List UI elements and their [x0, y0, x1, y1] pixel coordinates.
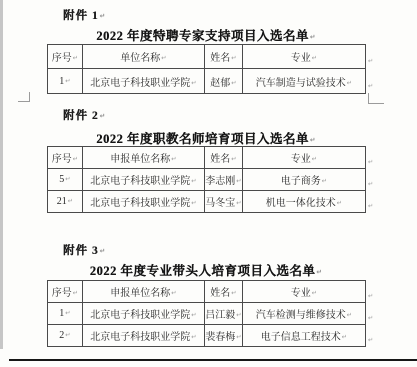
- attachment2-label-text: 附件 2: [63, 110, 106, 122]
- table-header-row: 序号 申报单位名称 姓名 专业: [48, 147, 366, 169]
- attachment3-label-text: 附件 3: [63, 245, 106, 257]
- scanned-page: 附件 1 2022 年度特聘专家支持项目入选名单 序号 单位名称 姓名 专业 1…: [0, 0, 417, 367]
- row-end-mark: [368, 195, 376, 203]
- cell-index: 1: [48, 303, 83, 325]
- cell-unit: 北京电子科技职业学院: [83, 191, 205, 213]
- cell-unit: 北京电子科技职业学院: [83, 169, 205, 191]
- page-bottom-rule: [9, 359, 417, 361]
- cell-major: 机电一体化技术: [243, 191, 366, 213]
- attachment3-table: 序号 申报单位名称 姓名 专业 1 北京电子科技职业学院 吕江毅 汽车检测与维修…: [47, 280, 366, 347]
- header-name: 姓名: [205, 281, 243, 303]
- attachment2-title: 2022 年度职教名师培育项目入选名单: [47, 129, 365, 147]
- cell-index: 1: [48, 69, 83, 94]
- table-row: 21 北京电子科技职业学院 马冬宝 机电一体化技术: [48, 191, 366, 213]
- table-header-row: 序号 单位名称 姓名 专业: [48, 45, 366, 69]
- attachment3-title: 2022 年度专业带头人培育项目入选名单: [47, 261, 365, 279]
- attachment2-title-text: 2022 年度职教名师培育项目入选名单: [96, 132, 316, 146]
- table-header-row: 序号 申报单位名称 姓名 专业: [48, 281, 366, 303]
- cell-major: 汽车制造与试验技术: [243, 69, 366, 94]
- attachment1-table-wrap: 序号 单位名称 姓名 专业 1 北京电子科技职业学院 赵郁 汽车制造与试验技术: [47, 44, 365, 94]
- attachment3-title-text: 2022 年度专业带头人培育项目入选名单: [90, 264, 323, 278]
- table-row: 5 北京电子科技职业学院 李志刚 电子商务: [48, 169, 366, 191]
- table-row: 1 北京电子科技职业学院 赵郁 汽车制造与试验技术: [48, 69, 366, 94]
- cell-index: 2: [48, 325, 83, 347]
- page-corner-mark-right: [368, 93, 384, 104]
- attachment3-table-wrap: 序号 申报单位名称 姓名 专业 1 北京电子科技职业学院 吕江毅 汽车检测与维修…: [47, 280, 365, 347]
- cell-name: 马冬宝: [205, 191, 243, 213]
- cell-index: 5: [48, 169, 83, 191]
- table-row: 1 北京电子科技职业学院 吕江毅 汽车检测与维修技术: [48, 303, 366, 325]
- cell-name: 赵郁: [205, 69, 243, 94]
- header-unit: 申报单位名称: [83, 147, 205, 169]
- attachment1-title: 2022 年度特聘专家支持项目入选名单: [47, 26, 365, 44]
- cell-index: 21: [48, 191, 83, 213]
- page-corner-mark-left: [18, 92, 30, 102]
- cell-major: 汽车检测与维修技术: [243, 303, 366, 325]
- attachment3-label: 附件 3: [63, 242, 106, 258]
- header-name: 姓名: [205, 45, 243, 69]
- header-major: 专业: [243, 281, 366, 303]
- cell-major: 电子商务: [243, 169, 366, 191]
- header-major: 专业: [243, 147, 366, 169]
- cell-unit: 北京电子科技职业学院: [83, 303, 205, 325]
- header-index: 序号: [48, 147, 83, 169]
- attachment2-label: 附件 2: [63, 107, 106, 123]
- row-end-mark: [368, 307, 376, 315]
- attachment1-title-text: 2022 年度特聘专家支持项目入选名单: [96, 29, 316, 43]
- attachment1-label-text: 附件 1: [63, 10, 106, 22]
- header-index: 序号: [48, 281, 83, 303]
- attachment1-table: 序号 单位名称 姓名 专业 1 北京电子科技职业学院 赵郁 汽车制造与试验技术: [47, 44, 366, 94]
- attachment2-table: 序号 申报单位名称 姓名 专业 5 北京电子科技职业学院 李志刚 电子商务 21…: [47, 146, 366, 213]
- cell-unit: 北京电子科技职业学院: [83, 69, 205, 94]
- cell-major: 电子信息工程技术: [243, 325, 366, 347]
- scan-edge-strip: [0, 0, 3, 349]
- attachment2-table-wrap: 序号 申报单位名称 姓名 专业 5 北京电子科技职业学院 李志刚 电子商务 21…: [47, 146, 365, 213]
- attachment1-label: 附件 1: [63, 7, 106, 23]
- row-end-mark: [368, 151, 376, 159]
- cell-name: 吕江毅: [205, 303, 243, 325]
- table-row: 2 北京电子科技职业学院 裴春梅 电子信息工程技术: [48, 325, 366, 347]
- row-end-mark: [368, 329, 376, 337]
- cell-unit: 北京电子科技职业学院: [83, 325, 205, 347]
- row-end-mark: [368, 75, 376, 83]
- row-end-mark: [368, 173, 376, 181]
- row-end-mark: [368, 285, 376, 293]
- row-end-mark: [368, 50, 376, 58]
- header-unit: 申报单位名称: [83, 281, 205, 303]
- header-major: 专业: [243, 45, 366, 69]
- header-unit: 单位名称: [83, 45, 205, 69]
- header-name: 姓名: [205, 147, 243, 169]
- cell-name: 李志刚: [205, 169, 243, 191]
- cell-name: 裴春梅: [205, 325, 243, 347]
- header-index: 序号: [48, 45, 83, 69]
